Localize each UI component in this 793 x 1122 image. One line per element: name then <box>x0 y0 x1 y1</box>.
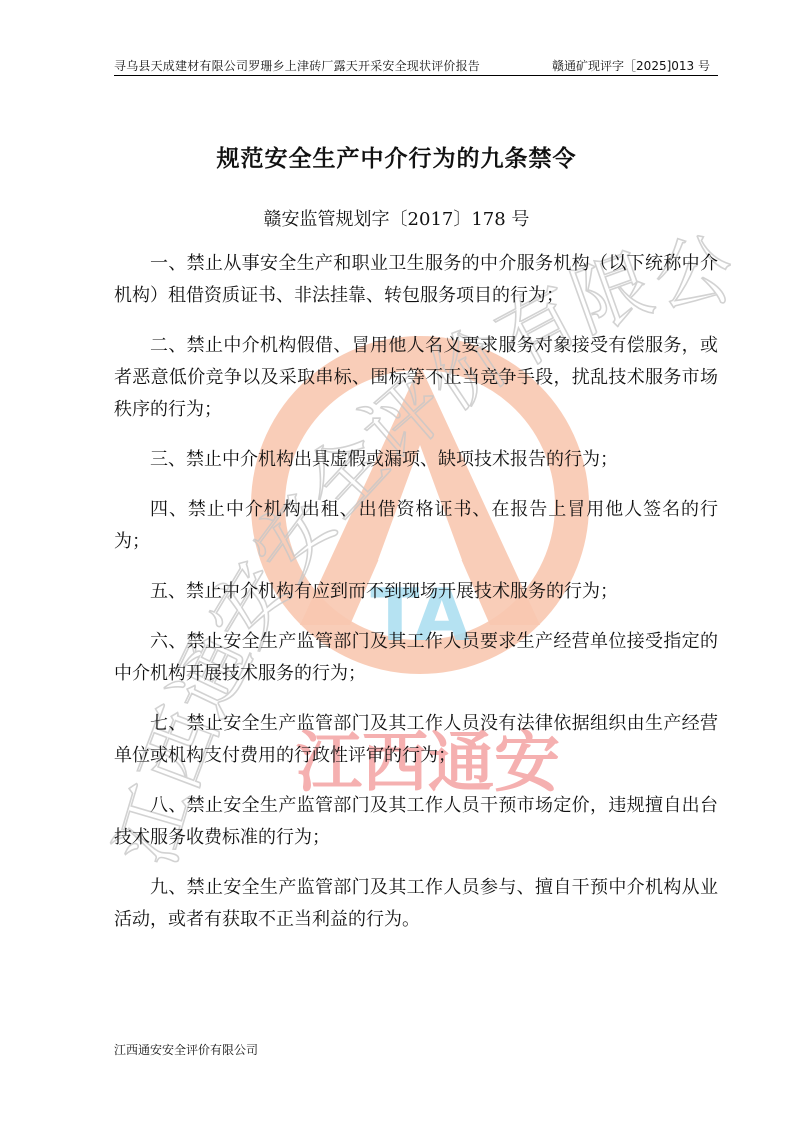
document-number: 赣安监管规划字〔2017〕178 号 <box>0 205 793 231</box>
prohibition-5: 五、禁止中介机构有应到而不到现场开展技术服务的行为； <box>114 576 718 608</box>
document-page: 寻乌县天成建材有限公司罗珊乡上津砖厂露天开采安全现状评价报告 赣通矿现评字［20… <box>0 0 793 1122</box>
prohibition-1: 一、禁止从事安全生产和职业卫生服务的中介服务机构（以下统称中介机构）租借资质证书… <box>114 248 718 312</box>
prohibition-8: 八、禁止安全生产监管部门及其工作人员干预市场定价，违规擅自出台技术服务收费标准的… <box>114 790 718 854</box>
prohibition-3: 三、禁止中介机构出具虚假或漏项、缺项技术报告的行为； <box>114 444 718 476</box>
header-report-title: 寻乌县天成建材有限公司罗珊乡上津砖厂露天开采安全现状评价报告 <box>114 57 480 74</box>
prohibition-9: 九、禁止安全生产监管部门及其工作人员参与、擅自干预中介机构从业活动，或者有获取不… <box>114 872 718 936</box>
page-footer-company: 江西通安安全评价有限公司 <box>114 1041 258 1058</box>
document-title: 规范安全生产中介行为的九条禁令 <box>0 140 793 173</box>
prohibition-7: 七、禁止安全生产监管部门及其工作人员没有法律依据组织由生产经营单位或机构支付费用… <box>114 708 718 772</box>
prohibition-6: 六、禁止安全生产监管部门及其工作人员要求生产经营单位接受指定的中介机构开展技术服… <box>114 626 718 690</box>
prohibition-4: 四、禁止中介机构出租、出借资格证书、在报告上冒用他人签名的行为； <box>114 494 718 558</box>
header-report-number: 赣通矿现评字［2025]013 号 <box>552 57 710 74</box>
page-header: 寻乌县天成建材有限公司罗珊乡上津砖厂露天开采安全现状评价报告 赣通矿现评字［20… <box>114 55 718 76</box>
prohibition-2: 二、禁止中介机构假借、冒用他人名义要求服务对象接受有偿服务，或者恶意低价竞争以及… <box>114 330 718 426</box>
document-body: 一、禁止从事安全生产和职业卫生服务的中介服务机构（以下统称中介机构）租借资质证书… <box>114 248 718 954</box>
